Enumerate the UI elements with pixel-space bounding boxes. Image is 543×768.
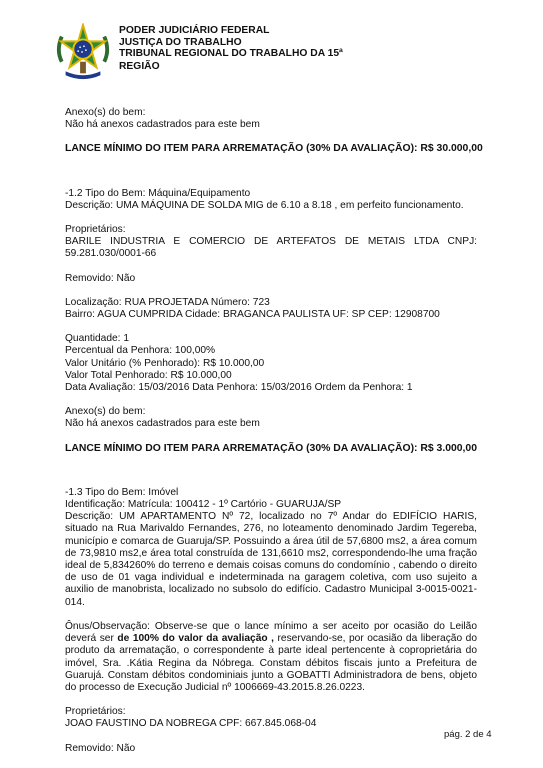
institution-name: PODER JUDICIÁRIO FEDERAL JUSTIÇA DO TRAB… [119, 25, 343, 73]
datas-penhora: Data Avaliação: 15/03/2016 Data Penhora:… [65, 382, 477, 394]
onus-bold: de 100% do valor da avaliação , [117, 633, 274, 644]
proprietarios-value: BARILE INDUSTRIA E COMERCIO DE ARTEFATOS… [65, 236, 477, 260]
page-number: pág. 2 de 4 [444, 729, 492, 741]
quantidade: Quantidade: 1 [65, 333, 477, 345]
valor-unitario: Valor Unitário (% Penhorado): R$ 10.000,… [65, 358, 477, 370]
anexos-value: Não há anexos cadastrados para este bem [65, 418, 477, 430]
localizacao: Localização: RUA PROJETADA Número: 723 [65, 297, 477, 309]
anexos-value: Não há anexos cadastrados para este bem [65, 119, 477, 131]
onus-observacao: Ônus/Observação: Observe-se que o lance … [65, 621, 477, 694]
removido: Removido: Não [65, 273, 477, 285]
proprietarios-label: Proprietários: [65, 224, 477, 236]
header-line-1: PODER JUDICIÁRIO FEDERAL [119, 25, 343, 37]
document-header: PODER JUDICIÁRIO FEDERAL JUSTIÇA DO TRAB… [52, 20, 492, 86]
lance-minimo: LANCE MÍNIMO DO ITEM PARA ARREMATAÇÃO (3… [65, 443, 477, 455]
brazil-coat-of-arms-icon [54, 23, 112, 83]
bairro: Bairro: AGUA CUMPRIDA Cidade: BRAGANCA P… [65, 309, 477, 321]
lance-minimo: LANCE MÍNIMO DO ITEM PARA ARREMATAÇÃO (3… [65, 143, 477, 155]
removido: Removido: Não [65, 743, 477, 755]
item-descricao: Descrição: UM APARTAMENTO Nº 72, localiz… [65, 511, 477, 609]
valor-total: Valor Total Penhorado: R$ 10.000,00 [65, 370, 477, 382]
item-tipo: -1.3 Tipo do Bem: Imóvel [65, 487, 477, 499]
document-body: Anexo(s) do bem: Não há anexos cadastrad… [65, 107, 477, 755]
header-line-2: JUSTIÇA DO TRABALHO [119, 37, 343, 49]
header-line-4: REGIÃO [119, 61, 343, 73]
percentual-penhora: Percentual da Penhora: 100,00% [65, 345, 477, 357]
anexos-label: Anexo(s) do bem: [65, 107, 477, 119]
anexos-label: Anexo(s) do bem: [65, 406, 477, 418]
proprietarios-value: JOAO FAUSTINO DA NOBREGA CPF: 667.845.06… [65, 718, 477, 730]
item-identificacao: Identificação: Matrícula: 100412 - 1º Ca… [65, 499, 477, 511]
item-descricao: Descrição: UMA MÁQUINA DE SOLDA MIG de 6… [65, 200, 477, 212]
header-line-3: TRIBUNAL REGIONAL DO TRABALHO DA 15ª [119, 48, 343, 60]
item-tipo: -1.2 Tipo do Bem: Máquina/Equipamento [65, 188, 477, 200]
proprietarios-label: Proprietários: [65, 706, 477, 718]
